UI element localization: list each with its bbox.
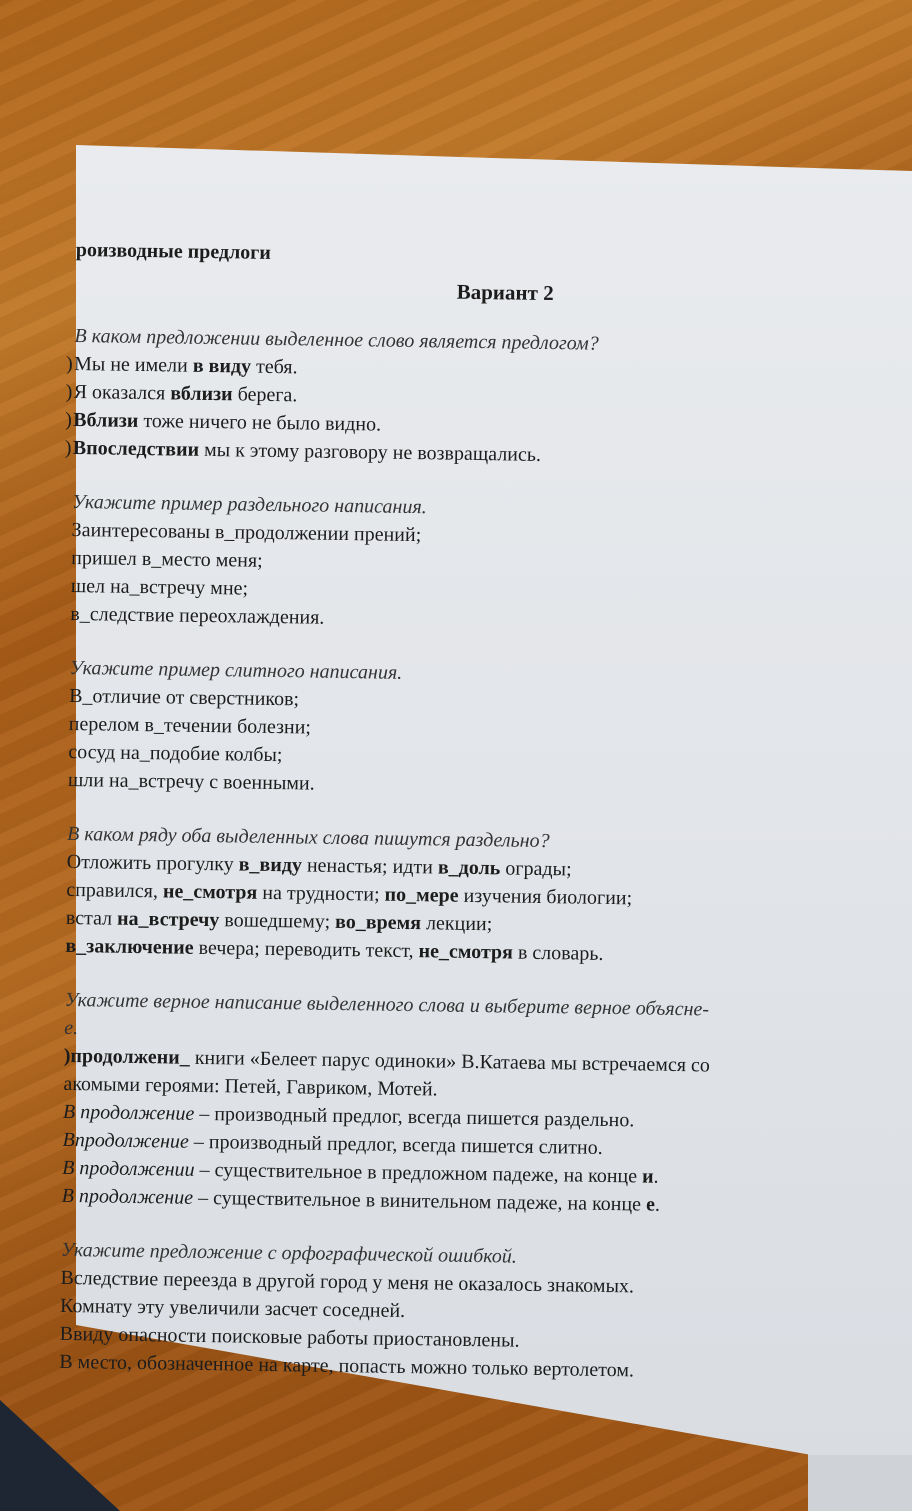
highlighted-word: по_мере xyxy=(384,884,458,907)
text-fragment: ограды; xyxy=(500,857,572,880)
text-fragment: Отложить прогулку xyxy=(67,851,239,876)
text-fragment: В продолжении xyxy=(62,1157,195,1181)
text-fragment: В продолжение xyxy=(62,1185,194,1209)
highlighted-word: в_виду xyxy=(239,853,303,876)
text-fragment: вошедшему; xyxy=(219,909,335,933)
text-fragment: справился, xyxy=(66,879,163,902)
highlighted-word: во_время xyxy=(335,911,421,934)
highlighted-word: )продолжени_ xyxy=(64,1045,190,1069)
text-fragment: тебя. xyxy=(251,356,298,379)
text-fragment: на трудности; xyxy=(257,882,385,906)
text-fragment: шел на_встречу мне; xyxy=(71,575,249,600)
highlighted-word: в виду xyxy=(193,355,252,378)
text-fragment: – существительное в винительном падеже, … xyxy=(193,1187,646,1216)
text-fragment: берега. xyxy=(232,383,297,406)
text-fragment: – производный предлог, всегда пишется ра… xyxy=(194,1103,634,1132)
text-fragment: пришел в_место меня; xyxy=(71,547,263,572)
text-fragment: – существительное в предложном падеже, н… xyxy=(194,1159,642,1188)
highlighted-word: в_доль xyxy=(438,856,501,879)
text-fragment: Комнату эту увеличили засчет соседней. xyxy=(60,1295,405,1322)
text-fragment: . xyxy=(653,1166,658,1188)
text-fragment: вечера; переводить текст, xyxy=(193,937,418,962)
text-fragment: Впродолжение xyxy=(62,1129,189,1153)
text-fragment: встал xyxy=(66,907,118,930)
text-fragment: Ввиду опасности поисковые работы приоста… xyxy=(60,1323,520,1352)
text-fragment: лекции; xyxy=(421,912,493,935)
worksheet-content: роизводные предлоги Вариант 2 В каком пр… xyxy=(59,236,896,1414)
text-fragment: – производный предлог, всегда пишется сл… xyxy=(189,1131,603,1159)
text-fragment: в_следствие переохлаждения. xyxy=(70,603,324,629)
text-fragment: акомыми героями: Петей, Гавриком, Мотей. xyxy=(63,1073,438,1101)
highlighted-word: не_смотря xyxy=(163,880,258,903)
text-fragment: тоже ничего не было видно. xyxy=(138,410,381,436)
highlighted-word: не_смотря xyxy=(418,940,513,963)
text-fragment: В место, обозначенное на карте, попасть … xyxy=(59,1351,634,1382)
text-fragment: в словарь. xyxy=(513,942,604,965)
text-fragment: Мы не имели xyxy=(74,353,193,377)
question-block-6: Укажите предложение с орфографической ош… xyxy=(59,1236,881,1388)
questions-list: В каком предложении выделенное слово явл… xyxy=(59,322,895,1388)
question-block-1: В каком предложении выделенное слово явл… xyxy=(73,322,895,474)
text-fragment: В продолжение xyxy=(63,1101,195,1125)
variant-heading: Вариант 2 xyxy=(75,272,895,312)
underlying-paper-sheet xyxy=(808,1452,912,1511)
question-block-2: Укажите пример раздельного написания.Заи… xyxy=(70,488,892,640)
text-fragment: мы к этому разговору не возвращались. xyxy=(199,439,541,466)
text-fragment: ненастья; идти xyxy=(302,854,438,878)
text-fragment: Я оказался xyxy=(74,381,171,404)
text-fragment: шли на_встречу с военными. xyxy=(68,769,315,795)
text-fragment: . xyxy=(655,1194,660,1216)
text-fragment: В_отличие от сверстников; xyxy=(69,685,299,710)
text-fragment: изучения биологии; xyxy=(458,885,632,910)
highlighted-word: Вблизи xyxy=(73,409,138,432)
highlighted-word: Впоследствии xyxy=(73,437,200,461)
highlighted-word: вблизи xyxy=(170,382,233,405)
text-fragment: Заинтересованы в_продолжении прений; xyxy=(71,519,421,546)
text-fragment: сосуд на_подобие колбы; xyxy=(68,741,282,766)
highlighted-word: и xyxy=(642,1166,654,1188)
question-block-4: В каком ряду оба выделенных слова пишутс… xyxy=(65,820,887,972)
question-block-3: Укажите пример слитного написания.В_отли… xyxy=(68,654,890,806)
text-fragment: перелом в_течении болезни; xyxy=(69,713,312,739)
question-block-5: Укажите верное написание выделенного сло… xyxy=(62,986,885,1222)
highlighted-word: на_встречу xyxy=(117,908,220,932)
highlighted-word: в_заключение xyxy=(65,935,193,959)
